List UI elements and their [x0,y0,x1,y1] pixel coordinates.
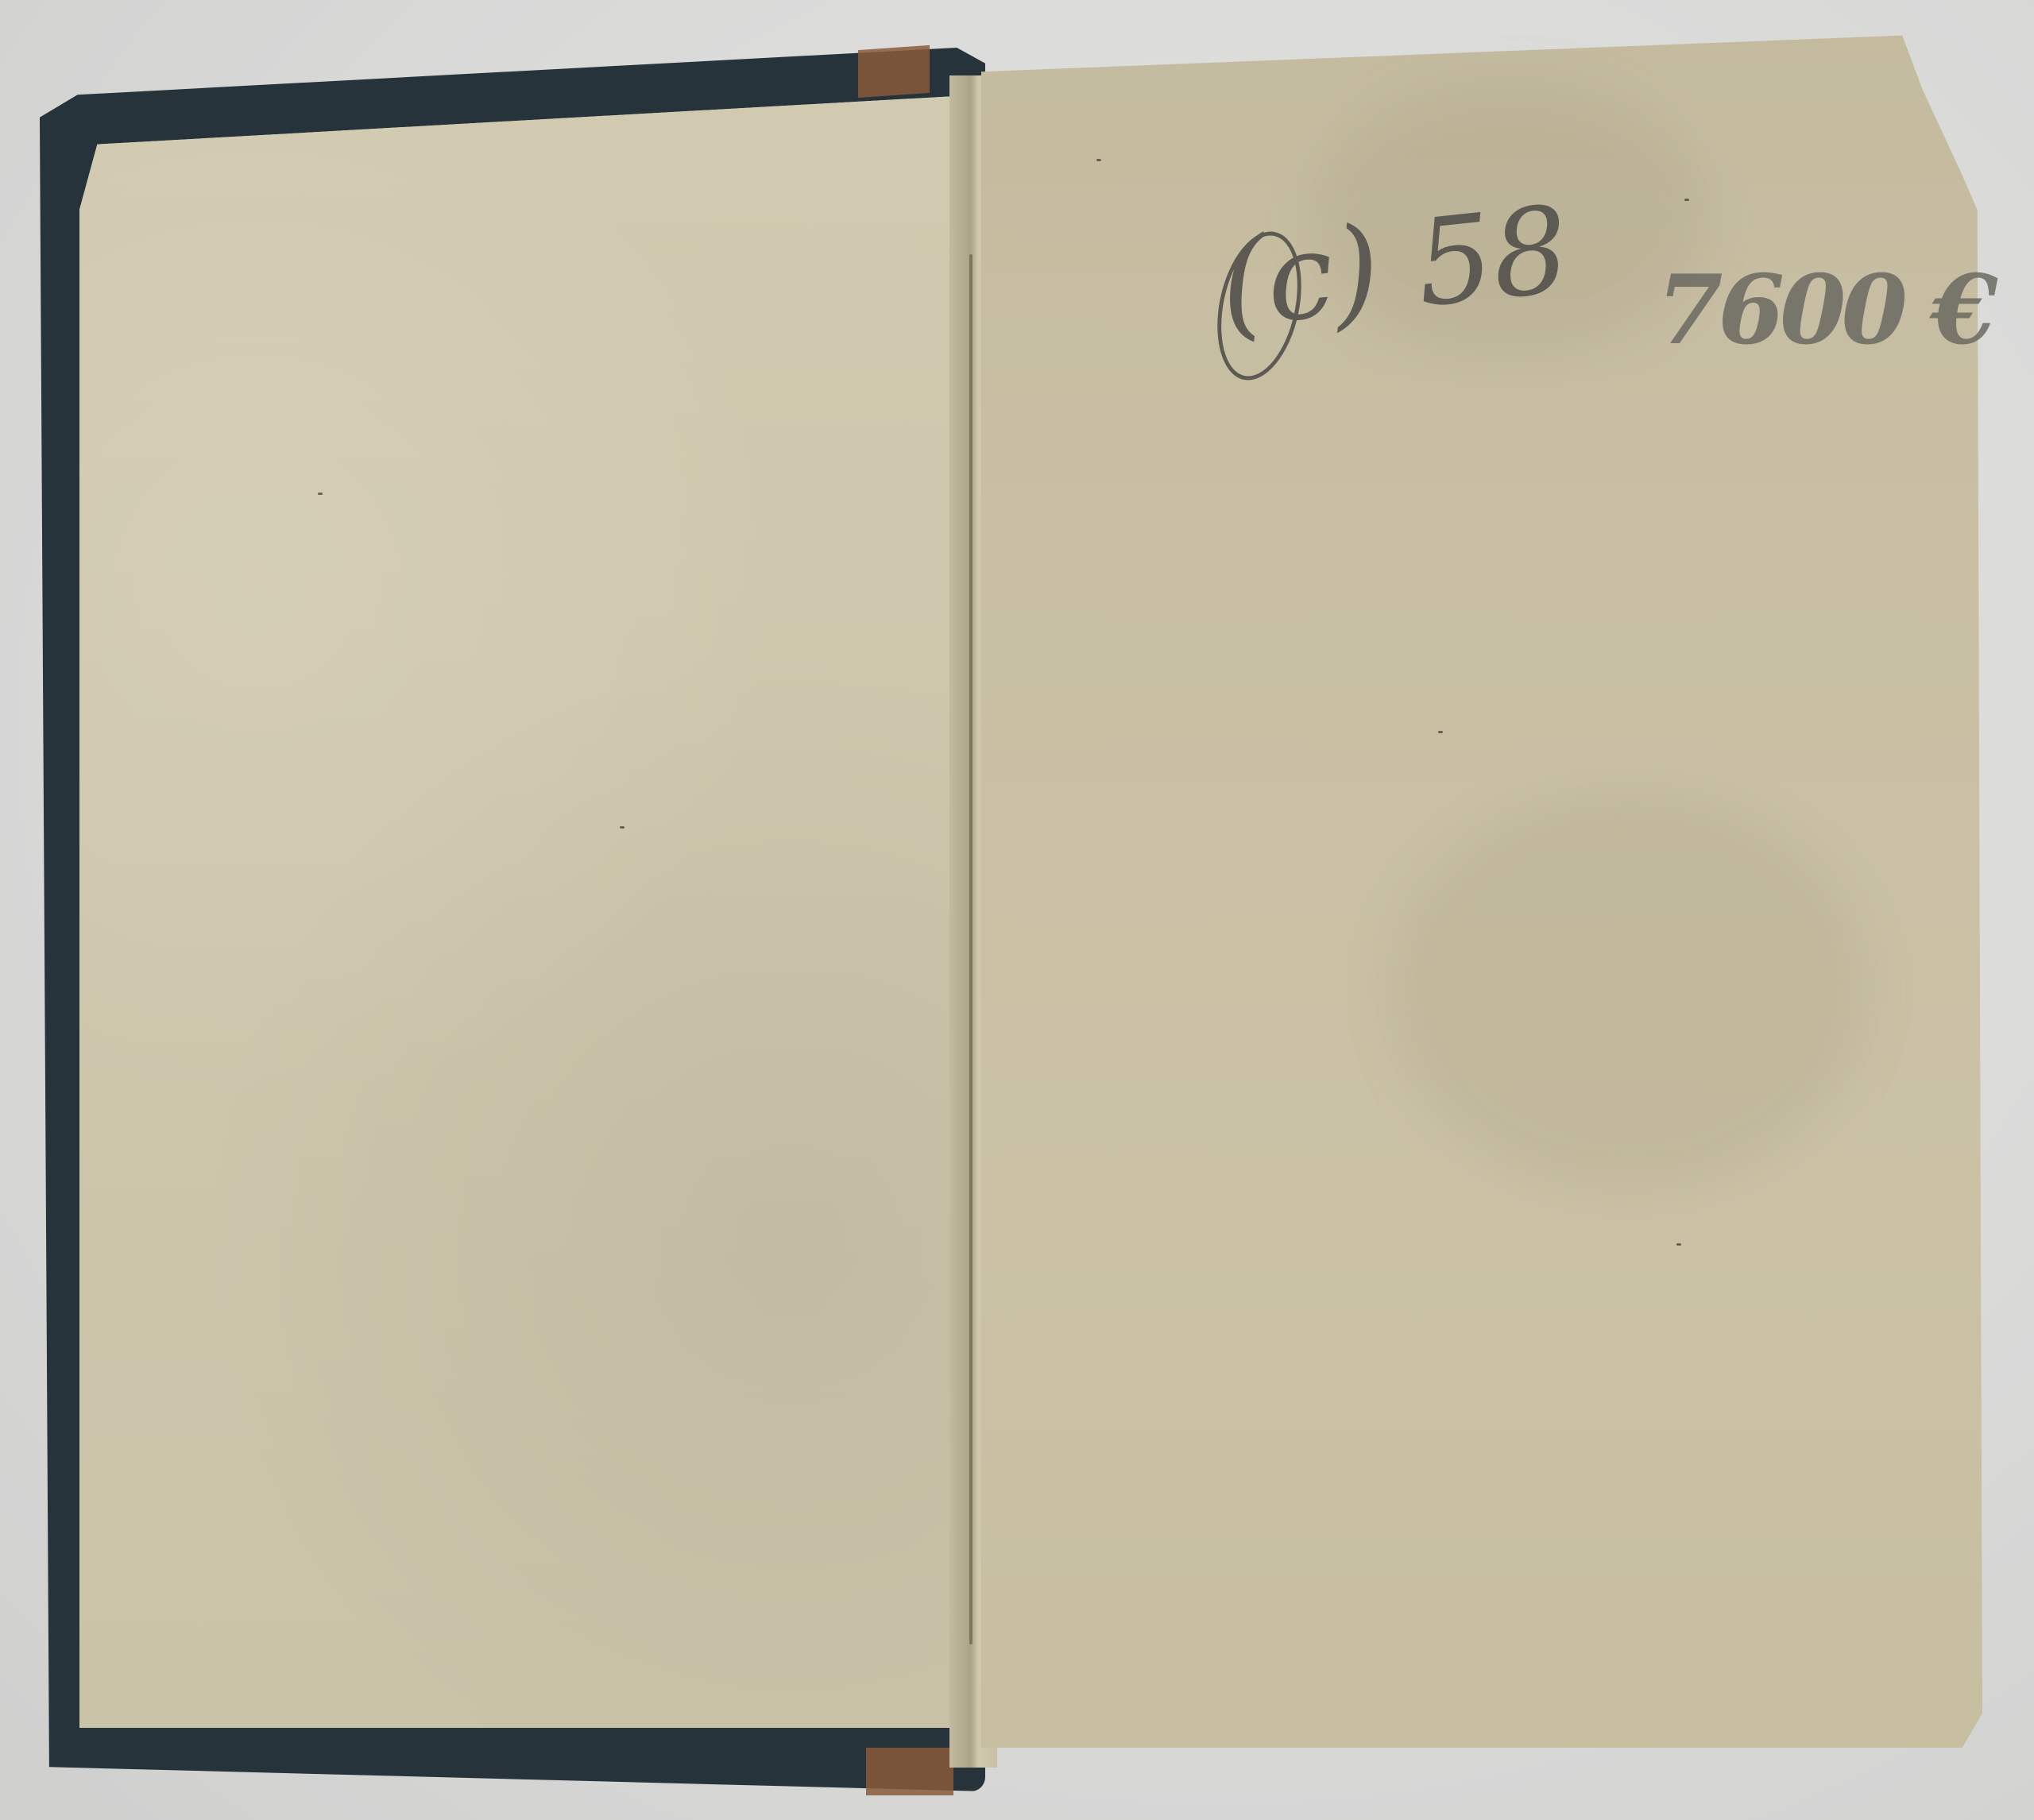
paper-speck [1676,1243,1681,1246]
paper-speck [1096,159,1101,161]
paper-speck [318,493,323,495]
paper-speck [1438,731,1443,733]
leather-corner-top [858,45,930,98]
gutter-crease [969,254,973,1644]
leather-corner-bottom [866,1748,953,1795]
paper-speck [620,826,625,829]
paper-stain [1390,794,1867,1192]
pencil-note-price: 7600 € [1657,254,1993,366]
paper-speck [1684,199,1689,201]
pastedown-paper [79,95,969,1728]
